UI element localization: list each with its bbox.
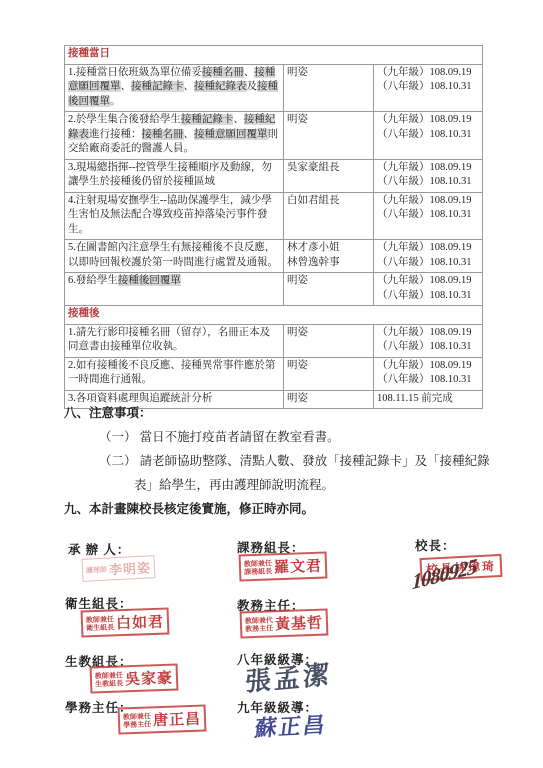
task-cell: 5.在圖書館內注意學生有無接種後不良反應，以即時回報校護於第一時間進行處置及通報… — [65, 240, 284, 273]
academic-stamp: 教師兼代 教務主任 黃基哲 — [240, 608, 329, 638]
hygiene-stamp-name: 白如君 — [116, 611, 165, 634]
curriculum-stamp-prefix2: 課務組長 — [244, 567, 272, 576]
task-cell: 4.注射現場安撫學生--協助保護學生，減少學生害怕及無法配合導致疫苗掉落染污事件… — [65, 192, 284, 240]
task-cell: 1.請先行影印接種名冊（留存），名冊正本及同意書由接種單位收執。 — [65, 324, 284, 357]
note-item8-sub1: （一） 當日不施打疫苗者請留在教室看書。 — [64, 425, 500, 449]
date-text: （九年級）108.09.19 — [377, 326, 479, 341]
person-cell: 明姿 — [284, 64, 374, 112]
person-name: 林曾逸幹事 — [287, 256, 370, 271]
grade9-handwriting: 蘇正昌 — [253, 708, 329, 743]
schedule-table-body: 接種當日1.接種當日依班級為單位備妥接種名冊、接種意願回覆單、接種記錄卡、接種紀… — [65, 46, 483, 409]
notes-section: 八、注意事項： （一） 當日不施打疫苗者請留在教室看書。 （二） 請老師協助整隊… — [64, 401, 500, 521]
date-text: （九年級）108.09.19 — [377, 241, 479, 256]
date-text: （九年級）108.09.19 — [377, 274, 479, 289]
table-row: 4.注射現場安撫學生--協助保護學生，減少學生害怕及無法配合導致疫苗掉落染污事件… — [65, 192, 483, 240]
signature-hygiene-chief: 衛生組長： 教師兼任 衛生組長 白如君 — [65, 594, 133, 613]
task-text: 3.現場總指揮--控管學生接種順序及動線，勿讓學生於接種後仍留於接種區域 — [68, 162, 272, 188]
date-cell: （九年級）108.09.19（八年級）108.10.31 — [374, 112, 483, 160]
table-row: 1.請先行影印接種名冊（留存），名冊正本及同意書由接種單位收執。明姿（九年級）1… — [65, 324, 483, 357]
table-row: 2.於學生集合後發給學生接種記錄卡、接種紀錄表進行接種：接種名冊、接種意願回覆單… — [65, 112, 483, 160]
organizer-stamp-name: 李明姿 — [109, 557, 152, 578]
discipline-stamp: 教師兼任 生教組長 吳家豪 — [90, 663, 179, 693]
date-text: （八年級）108.10.31 — [377, 373, 479, 388]
hygiene-stamp-prefix2: 衛生組長 — [86, 623, 114, 632]
signature-principal: 校長： 校長林瑋琦 1080925 — [415, 536, 456, 555]
note-item9: 九、本計畫陳校長核定後實施，修正時亦同。 — [64, 497, 500, 521]
person-cell: 明姿 — [284, 112, 374, 160]
signature-academic-director: 教務主任： 教師兼代 教務主任 黃基哲 — [237, 596, 305, 615]
highlighted-term: 接種記錄卡 — [131, 81, 184, 92]
person-cell: 明姿 — [284, 357, 374, 390]
task-text: 2.如有接種後不良反應、接種異常事件應於第一時間進行通報。 — [68, 360, 275, 386]
discipline-stamp-name: 吳家豪 — [125, 667, 174, 690]
date-cell: （九年級）108.09.19（八年級）108.10.31 — [374, 357, 483, 390]
person-name: 吳家豪組長 — [287, 161, 370, 176]
section-header: 接種當日 — [65, 46, 483, 65]
highlighted-term: 接種記錄卡 — [181, 114, 234, 125]
task-text: 、 — [233, 114, 244, 125]
organizer-stamp-prefix: 護理師 — [86, 565, 107, 574]
person-cell: 明姿 — [284, 324, 374, 357]
person-cell: 明姿 — [284, 273, 374, 306]
highlighted-term: 接種後回覆單 — [118, 275, 181, 286]
task-text: 5.在圖書館內注意學生有無接種後不良反應，以即時回報校護於第一時間進行處置及通報… — [68, 242, 278, 268]
task-text: 、 — [244, 67, 255, 78]
academic-stamp-prefix2: 教務主任 — [245, 624, 273, 633]
student-affairs-stamp-name: 唐正昌 — [153, 708, 202, 731]
date-cell: （九年級）108.09.19（八年級）108.10.31 — [374, 240, 483, 273]
date-text: （八年級）108.10.31 — [377, 128, 479, 143]
date-text: （九年級）108.09.19 — [377, 66, 479, 81]
curriculum-stamp: 教師兼任 課務組長 羅文君 — [239, 551, 328, 581]
table-row: 6.發給學生接種後回覆單明姿（九年級）108.09.19（八年級）108.10.… — [65, 273, 483, 306]
person-cell: 林才彥小姐林曾逸幹事 — [284, 240, 374, 273]
curriculum-stamp-name: 羅文君 — [274, 555, 323, 578]
date-cell: （九年級）108.09.19（八年級）108.10.31 — [374, 159, 483, 192]
student-affairs-stamp-prefix2: 學務主任 — [123, 720, 151, 729]
person-name: 林才彥小姐 — [287, 241, 370, 256]
date-text: （九年級）108.09.19 — [377, 359, 479, 374]
task-text: 、 — [184, 81, 195, 92]
schedule-table-wrap: 接種當日1.接種當日依班級為單位備妥接種名冊、接種意願回覆單、接種記錄卡、接種紀… — [64, 45, 482, 409]
date-text: （八年級）108.10.31 — [377, 80, 479, 95]
task-cell: 2.於學生集合後發給學生接種記錄卡、接種紀錄表進行接種：接種名冊、接種意願回覆單… — [65, 112, 284, 160]
note-item8-sub2: （二） 請老師協助整隊、清點人數、發放「接種記錄卡」及「接種紀錄表」給學生，再由… — [64, 449, 500, 497]
highlighted-term: 接種意願回覆單 — [194, 129, 268, 140]
task-cell: 3.現場總指揮--控管學生接種順序及動線，勿讓學生於接種後仍留於接種區域 — [65, 159, 284, 192]
task-text: 、 — [184, 129, 195, 140]
date-text: （九年級）108.09.19 — [377, 161, 479, 176]
task-text: 4.注射現場安撫學生--協助保護學生，減少學生害怕及無法配合導致疫苗掉落染污事件… — [68, 195, 272, 235]
highlighted-term: 接種紀錄表 — [194, 81, 247, 92]
section-header: 接種後 — [65, 306, 483, 325]
table-row: 5.在圖書館內注意學生有無接種後不良反應，以即時回報校護於第一時間進行處置及通報… — [65, 240, 483, 273]
task-text: 、 — [121, 81, 132, 92]
task-cell: 6.發給學生接種後回覆單 — [65, 273, 284, 306]
principal-label: 校長： — [415, 539, 456, 553]
date-text: （八年級）108.10.31 — [377, 256, 479, 271]
person-name: 明姿 — [287, 274, 370, 289]
date-text: （九年級）108.09.19 — [377, 194, 479, 209]
table-row: 3.現場總指揮--控管學生接種順序及動線，勿讓學生於接種後仍留於接種區域吳家豪組… — [65, 159, 483, 192]
task-text: 1.請先行影印接種名冊（留存），名冊正本及同意書由接種單位收執。 — [68, 327, 270, 353]
section-header-row: 接種後 — [65, 306, 483, 325]
organizer-stamp: 護理師 李明姿 — [81, 555, 155, 582]
task-cell: 1.接種當日依班級為單位備妥接種名冊、接種意願回覆單、接種記錄卡、接種紀錄表及接… — [65, 64, 284, 112]
date-cell: （九年級）108.09.19（八年級）108.10.31 — [374, 64, 483, 112]
signature-grade9-lead: 九年級級導： 蘇正昌 — [237, 698, 318, 717]
task-text: 進行接種： — [89, 129, 142, 140]
date-text: （八年級）108.10.31 — [377, 175, 479, 190]
date-cell: （九年級）108.09.19（八年級）108.10.31 — [374, 324, 483, 357]
date-cell: （九年級）108.09.19（八年級）108.10.31 — [374, 192, 483, 240]
person-name: 明姿 — [287, 66, 370, 81]
signature-organizer: 承 辦 人： 護理師 李明姿 — [68, 540, 130, 559]
date-text: （八年級）108.10.31 — [377, 208, 479, 223]
date-cell: （九年級）108.09.19（八年級）108.10.31 — [374, 273, 483, 306]
date-text: （八年級）108.10.31 — [377, 289, 479, 304]
academic-stamp-name: 黃基哲 — [275, 612, 324, 635]
signature-discipline-chief: 生教組長： 教師兼任 生教組長 吳家豪 — [65, 652, 133, 671]
date-text: （九年級）108.09.19 — [377, 113, 479, 128]
person-name: 明姿 — [287, 326, 370, 341]
student-affairs-stamp: 教師兼任 學務主任 唐正昌 — [118, 704, 207, 734]
signature-curriculum-chief: 課務組長： 教師兼任 課務組長 羅文君 — [237, 538, 305, 557]
grade8-handwriting: 張孟潔 — [245, 654, 332, 699]
table-row: 2.如有接種後不良反應、接種異常事件應於第一時間進行通報。明姿（九年級）108.… — [65, 357, 483, 390]
highlighted-term: 接種名冊 — [202, 67, 244, 78]
organizer-label: 承 辦 人： — [68, 543, 130, 557]
date-text: （八年級）108.10.31 — [377, 340, 479, 355]
highlighted-term: 接種名冊 — [142, 129, 184, 140]
task-text: 1.接種當日依班級為單位備妥 — [68, 67, 202, 78]
task-text: 6.發給學生 — [68, 275, 118, 286]
signature-grade8-lead: 八年級級導： 張孟潔 — [237, 650, 318, 669]
schedule-table: 接種當日1.接種當日依班級為單位備妥接種名冊、接種意願回覆單、接種記錄卡、接種紀… — [64, 45, 483, 409]
person-name: 明姿 — [287, 359, 370, 374]
hygiene-stamp: 教師兼任 衛生組長 白如君 — [81, 607, 170, 637]
task-text: 2.於學生集合後發給學生 — [68, 114, 181, 125]
discipline-stamp-prefix2: 生教組長 — [95, 679, 123, 688]
person-cell: 白如君組長 — [284, 192, 374, 240]
person-name: 白如君組長 — [287, 194, 370, 209]
task-cell: 2.如有接種後不良反應、接種異常事件應於第一時間進行通報。 — [65, 357, 284, 390]
task-text: 。 — [110, 96, 121, 107]
person-cell: 吳家豪組長 — [284, 159, 374, 192]
signature-student-affairs-director: 學務主任： 教師兼任 學務主任 唐正昌 — [65, 698, 133, 717]
task-text: 及 — [247, 81, 258, 92]
note-item8-title: 八、注意事項： — [64, 401, 500, 425]
person-name: 明姿 — [287, 113, 370, 128]
table-row: 1.接種當日依班級為單位備妥接種名冊、接種意願回覆單、接種記錄卡、接種紀錄表及接… — [65, 64, 483, 112]
section-header-row: 接種當日 — [65, 46, 483, 65]
